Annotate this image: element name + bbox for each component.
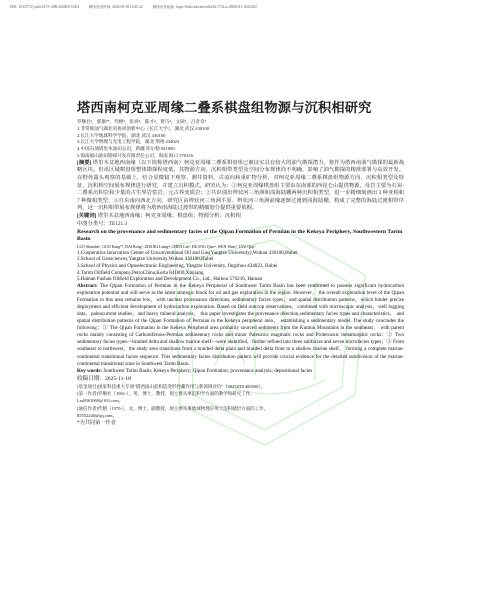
en-affiliation: 3.School of Physics and Optoelectronic E… — [77, 263, 404, 270]
cn-affiliation: 4.中国石油塔里木油田公司，新疆 库尔勒 841000 — [77, 146, 404, 153]
corresponding-author-note: [通信作者]代榕（1979-），女，博士，副教授，现主要从事地球物理应用于沉积储… — [77, 405, 404, 412]
cn-abstract-label: [摘要] — [77, 160, 91, 166]
footnotes: [基金项目]国家科技重大专项"塔西南山前构造变形控藏作用与新领域评价"（2025… — [77, 383, 404, 427]
en-abstract-label: Abstract: — [77, 283, 98, 289]
publication-header: DOI: 10.16772/j.cnki.1673-1409.20260313.… — [10, 5, 480, 10]
clc-number: 中图分类号：TE121.3 — [77, 221, 404, 229]
en-keywords: Key words: Southwest Tarim Basin; Kekeya… — [77, 368, 404, 375]
paper-first-page: 塔西南柯克亚周缘二叠系棋盘组物源与沉积相研究 罗顺社¹，郭康²*，代榕³，张亮⁴… — [77, 100, 404, 427]
en-keywords-text: Southwest Tarim Basin; Kekeya Periphery;… — [103, 368, 312, 374]
cn-keywords-text: 塔里木盆地西南缘；柯克亚周缘；棋盘组；物源分析；沉积相 — [98, 213, 241, 219]
cn-affiliations: 1.非常规油气湖北省协同创新中心（长江大学），湖北 武汉 430100 2.长江… — [77, 126, 404, 160]
first-author-note: [第一作者]罗顺社（1961-），男，博士，教授，现主要从事沉积学方面的教学和研… — [77, 390, 404, 397]
en-abstract-text: The Qipan Formation of Permian in the Ke… — [77, 283, 404, 367]
received-date: 收稿日期：2025-11-18 — [77, 375, 404, 383]
fund-note: [基金项目]国家科技重大专项"塔西南山前构造变形控藏作用与新领域评价"（2025… — [77, 383, 404, 390]
cn-affiliation: 1.非常规油气湖北省协同创新中心（长江大学），湖北 武汉 430100 — [77, 126, 404, 133]
en-affiliation: 2.School of Geosciences,Yangtze Universi… — [77, 256, 404, 263]
cn-keywords-label: [关键词] — [77, 213, 96, 219]
cn-abstract-text: 塔里木盆地西南缘（以下简称塔西南）柯克亚周缘二叠系棋盘组已被证实具有较大的油气勘… — [77, 160, 404, 212]
page-title: 塔西南柯克亚周缘二叠系棋盘组物源与沉积相研究 — [77, 100, 404, 117]
cn-keywords: [关键词] 塔里木盆地西南缘；柯克亚周缘；棋盘组；物源分析；沉积相 — [77, 213, 404, 221]
cn-author-list: 罗顺社¹，郭康²*，代榕³，张亮⁴，陈才⁴，黄巧⁴，文硕⁵，吕奇奇² — [77, 119, 404, 126]
cn-abstract: [摘要] 塔里木盆地西南缘（以下简称塔西南）柯克亚周缘二叠系棋盘组已被证实具有较… — [77, 160, 404, 213]
en-affiliations: 1.Cooperative Innovation Center of Uncon… — [77, 250, 404, 284]
en-keywords-label: Key words: — [77, 368, 102, 374]
first-author-email[interactable]: Lss8061069@163.com。 — [77, 397, 404, 404]
corresponding-author-email[interactable]: 85552240@qq.com。 — [77, 412, 404, 419]
co-first-author-note: *为共同第一作者 — [77, 420, 404, 427]
cn-affiliation: 5.海南福山油田勘探开发有限责任公司，海南 海口 570216 — [77, 153, 404, 160]
doi: DOI: 10.16772/j.cnki.1673-1409.20260313.… — [10, 5, 79, 9]
online-first-url[interactable]: 网络首发地址: https://link.cnki.net/urlid/42.1… — [153, 5, 257, 9]
en-title: Research on the provenance and sedimenta… — [77, 229, 404, 243]
en-abstract: Abstract: The Qipan Formation of Permian… — [77, 283, 404, 368]
online-first-time: 网络首发时间: 2026-03-16 12:45:22 — [89, 5, 143, 9]
